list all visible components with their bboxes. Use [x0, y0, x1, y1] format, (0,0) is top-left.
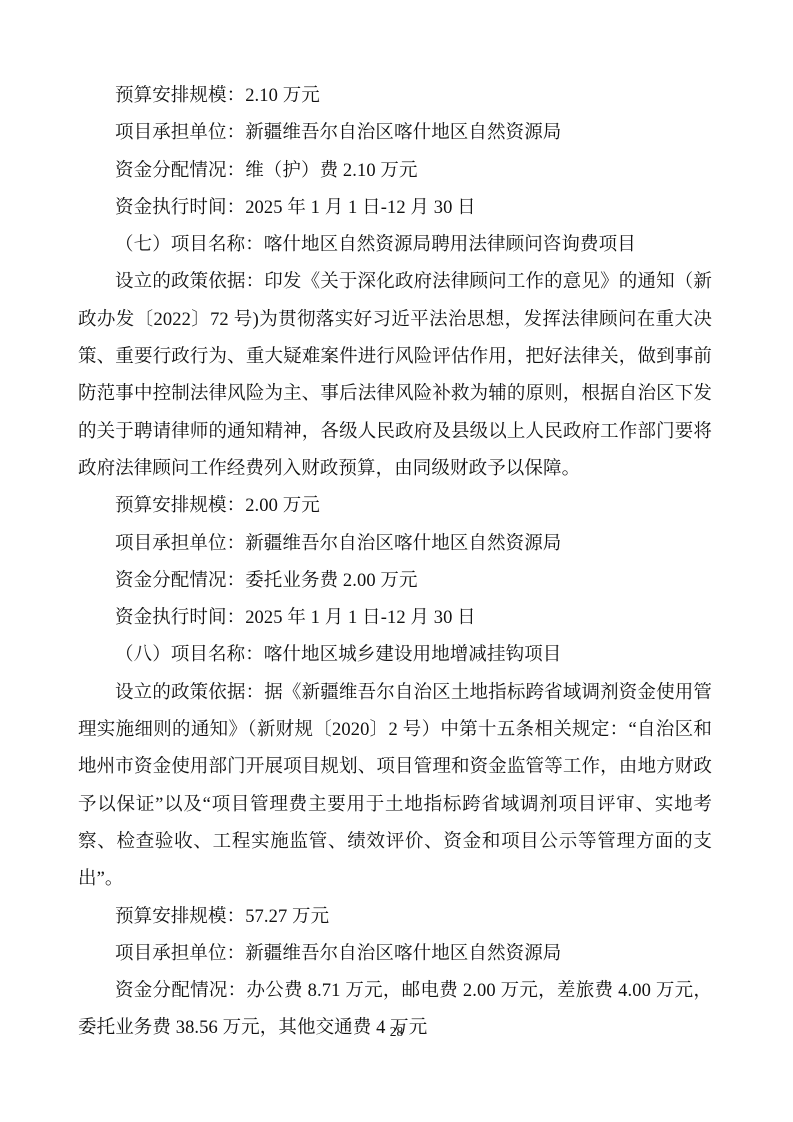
- line-execution-period-2: 资金执行时间：2025 年 1 月 1 日-12 月 30 日: [78, 600, 712, 637]
- line-undertaking-unit-3: 项目承担单位：新疆维吾尔自治区喀什地区自然资源局: [78, 936, 712, 973]
- line-budget-scale-2: 预算安排规模：2.00 万元: [78, 488, 712, 525]
- document-body: 预算安排规模：2.10 万元 项目承担单位：新疆维吾尔自治区喀什地区自然资源局 …: [78, 78, 712, 1048]
- line-fund-allocation-2: 资金分配情况：委托业务费 2.00 万元: [78, 563, 712, 600]
- line-fund-allocation-1: 资金分配情况：维（护）费 2.10 万元: [78, 153, 712, 190]
- para-policy-basis-8: 设立的政策依据：据《新疆维吾尔自治区土地指标跨省域调剂资金使用管理实施细则的通知…: [78, 675, 712, 899]
- page-number: 28: [0, 1022, 793, 1042]
- line-budget-scale-3: 预算安排规模：57.27 万元: [78, 899, 712, 936]
- heading-project-7: （七）项目名称：喀什地区自然资源局聘用法律顾问咨询费项目: [78, 227, 712, 264]
- heading-project-8: （八）项目名称：喀什地区城乡建设用地增减挂钩项目: [78, 637, 712, 674]
- document-page: 预算安排规模：2.10 万元 项目承担单位：新疆维吾尔自治区喀什地区自然资源局 …: [0, 0, 793, 1122]
- line-undertaking-unit-2: 项目承担单位：新疆维吾尔自治区喀什地区自然资源局: [78, 526, 712, 563]
- line-budget-scale-1: 预算安排规模：2.10 万元: [78, 78, 712, 115]
- line-undertaking-unit-1: 项目承担单位：新疆维吾尔自治区喀什地区自然资源局: [78, 115, 712, 152]
- line-execution-period-1: 资金执行时间：2025 年 1 月 1 日-12 月 30 日: [78, 190, 712, 227]
- para-policy-basis-7: 设立的政策依据：印发《关于深化政府法律顾问工作的意见》的通知（新政办发〔2022…: [78, 264, 712, 488]
